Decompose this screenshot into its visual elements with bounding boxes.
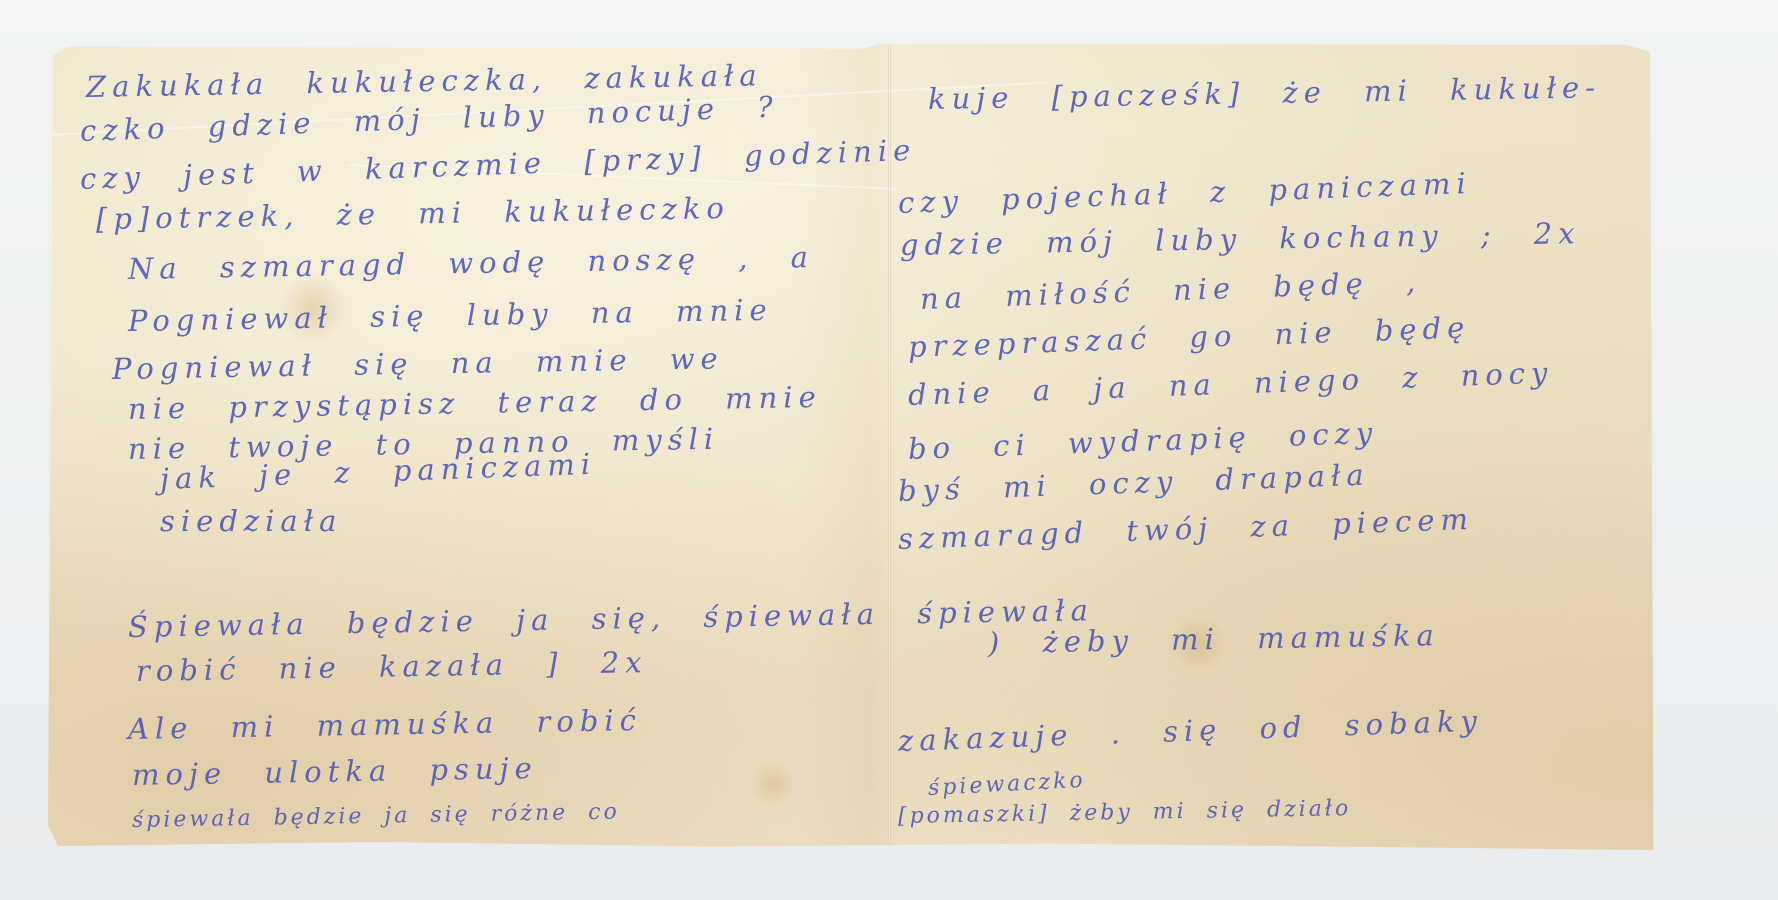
handwritten-line: Pogniewał się na mnie we <box>112 341 724 386</box>
handwritten-line: bo ci wydrapię oczy <box>907 416 1378 466</box>
letter-paper: Zakukała kukułeczka, zakukała czko gdzie… <box>48 44 1710 850</box>
handwritten-line: na miłość nie będę , <box>919 265 1421 316</box>
handwritten-line: Na szmaragd wodę noszę , a <box>128 240 814 286</box>
handwritten-line: Pogniewał się luby na mnie <box>128 293 773 338</box>
handwritten-line: szmaragd twój za piecem <box>897 502 1474 556</box>
handwritten-line: siedziała <box>160 504 342 538</box>
handwritten-line: dnie a ja na niego z nocy <box>907 355 1554 412</box>
scan-background: Zakukała kukułeczka, zakukała czko gdzie… <box>0 0 1778 900</box>
handwritten-line: [pomaszki] żeby mi się działo <box>898 796 1352 829</box>
paper-stain <box>748 764 798 804</box>
handwritten-line: Ale mi mamuśka robić <box>128 703 642 746</box>
handwritten-line: czy pojechał z paniczami <box>897 166 1472 220</box>
handwritten-line: [p]otrzek, że mi kukułeczko <box>96 191 730 236</box>
handwritten-line: robić nie kazała ] 2x <box>136 645 648 688</box>
handwritten-line: przepraszać go nie będę <box>907 310 1470 364</box>
handwritten-line: gdzie mój luby kochany ; 2x <box>900 216 1581 262</box>
handwritten-line: moje ulotka psuje <box>132 751 538 792</box>
handwritten-line: nie przystąpisz teraz do mnie <box>128 380 822 426</box>
handwritten-line: śpiewaczko <box>927 768 1086 801</box>
handwritten-line: śpiewała będzie ja się różne co <box>132 799 620 833</box>
handwritten-line: ) żeby mi mamuśka <box>988 618 1440 660</box>
handwritten-line: zakazuje . się od sobaky <box>897 704 1483 758</box>
handwritten-line: byś mi oczy drapała <box>897 458 1370 508</box>
handwritten-line: Śpiewała będzie ja się, śpiewała śpiewał… <box>128 593 1094 644</box>
handwritten-line: kuje [pacześk] że mi kukułe- <box>928 70 1601 116</box>
